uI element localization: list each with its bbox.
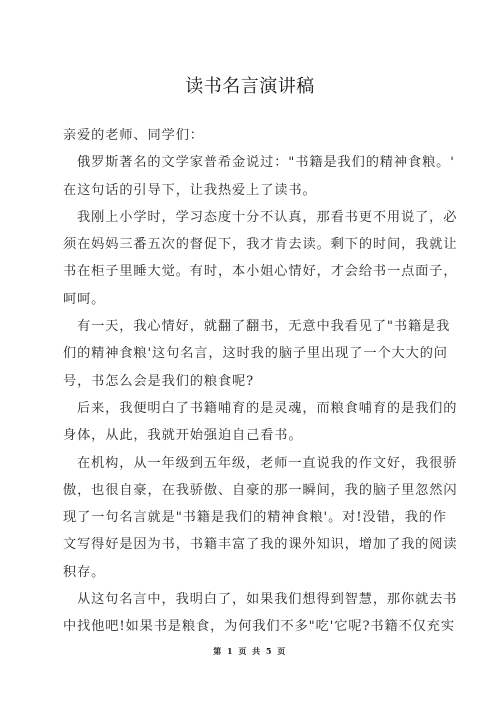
paragraph-line: 号，书怎么会是我们的粮食呢? — [63, 368, 439, 395]
paragraph-line: 现了一句名言就是"书籍是我们的精神食粮'。对!没错，我的作 — [63, 504, 439, 531]
paragraph-line: 身体，从此，我就开始强迫自己看书。 — [63, 422, 439, 449]
paragraph-line: 书在柜子里睡大觉。有时，本小姐心情好，才会给书一点面子， — [63, 258, 439, 285]
page-number-footer: 第 1 页 共 5 页 — [0, 646, 500, 657]
paragraph-line: 在机构，从一年级到五年级，老师一直说我的作文好，我很骄 — [63, 450, 439, 477]
paragraph-line: 后来，我便明白了书籍哺育的是灵魂，而粮食哺育的是我们的 — [63, 395, 439, 422]
paragraph-line: 傲，也很自豪，在我骄傲、自豪的那一瞬间，我的脑子里忽然闪 — [63, 477, 439, 504]
paragraph-line: 积存。 — [63, 559, 439, 586]
paragraph-line: 中找他吧!如果书是粮食，为何我们不多"吃'它呢?书籍不仅充实 — [63, 613, 439, 640]
paragraph-line: 们的精神食粮'这句名言，这时我的脑子里出现了一个大大的问 — [63, 340, 439, 367]
paragraph-line: 有一天，我心情好，就翻了翻书，无意中我看见了"书籍是我 — [63, 313, 439, 340]
document-title: 读书名言演讲稿 — [0, 74, 500, 100]
document-body: 亲爱的老师、同学们： 俄罗斯著名的文学家普希金说过："书籍是我们的精神食粮。' … — [63, 122, 439, 641]
paragraph-line: 我刚上小学时，学习态度十分不认真，那看书更不用说了，必 — [63, 204, 439, 231]
paragraph-line: 呵呵。 — [63, 286, 439, 313]
paragraph-line: 文写得好是因为书，书籍丰富了我的课外知识，增加了我的阅读 — [63, 531, 439, 558]
paragraph-line: 从这句名言中，我明白了，如果我们想得到智慧，那你就去书 — [63, 586, 439, 613]
paragraph-line: 须在妈妈三番五次的督促下，我才肯去读。剩下的时间，我就让 — [63, 231, 439, 258]
paragraph-line: 俄罗斯著名的文学家普希金说过："书籍是我们的精神食粮。' — [63, 149, 439, 176]
paragraph-line: 亲爱的老师、同学们： — [63, 122, 439, 149]
paragraph-line: 在这句话的引导下，让我热爱上了读书。 — [63, 177, 439, 204]
